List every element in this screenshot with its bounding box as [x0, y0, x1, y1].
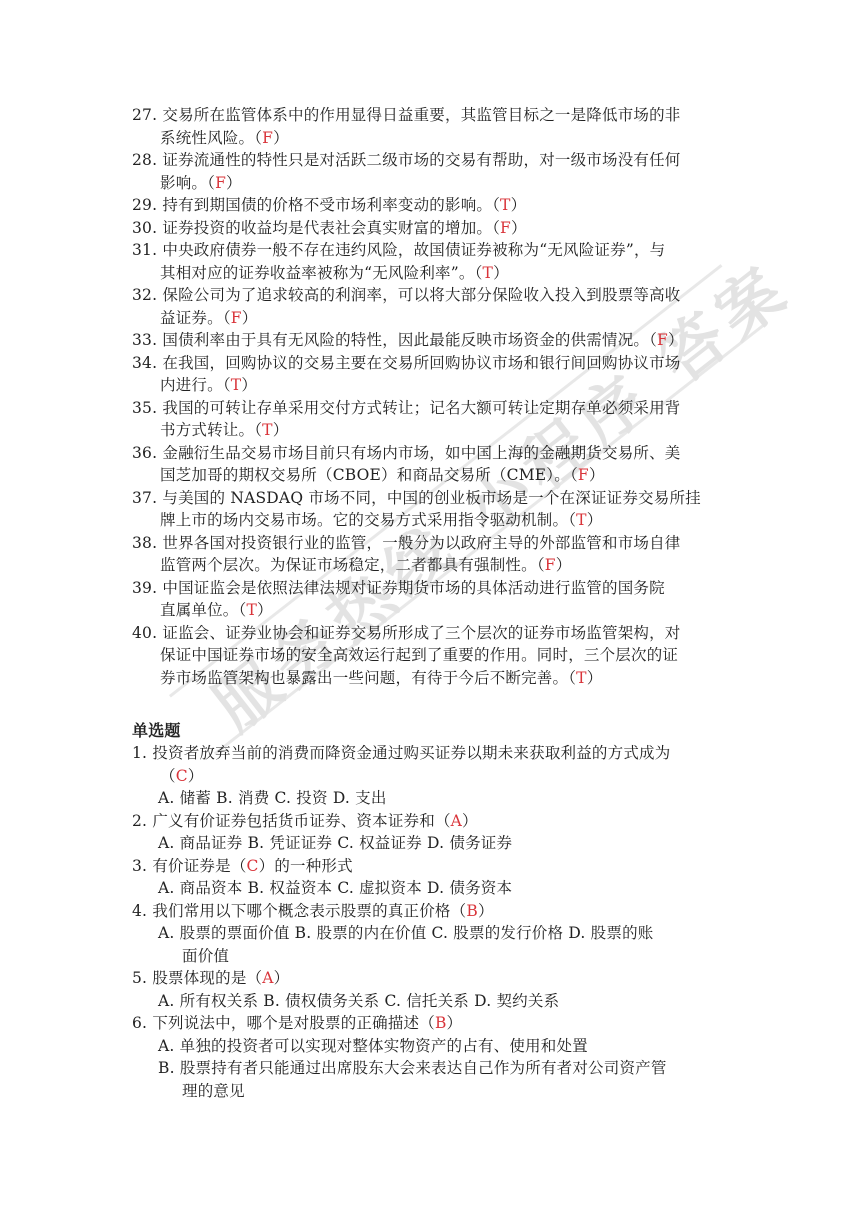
question-line: 38. 世界各国对投资银行业的监管，一般分为以政府主导的外部监管和市场自律	[132, 532, 742, 555]
question-text: 其相对应的证券收益率被称为“无风险利率”。	[160, 264, 475, 282]
answer: （C）	[160, 767, 203, 785]
answer-letter: T	[576, 669, 587, 687]
answer-letter: C	[176, 767, 188, 785]
question-text: 世界各国对投资银行业的监管，一般分为以政府主导的外部监管和市场自律	[162, 534, 680, 552]
answer-letter: T	[483, 264, 494, 282]
answer-letter: T	[246, 601, 257, 619]
answer-letter: A	[451, 812, 462, 830]
question-number: 1.	[132, 744, 152, 762]
question-text: 监管两个层次。为保证市场稳定，二者都具有强制性。	[160, 556, 537, 574]
option-line: 理的意见	[182, 1080, 792, 1103]
question-line: 系统性风险。（F）	[160, 127, 770, 150]
answer-letter: T	[262, 421, 273, 439]
answer-letter: T	[500, 196, 511, 214]
question-line: 39. 中国证监会是依照法律法规对证券期货市场的具体活动进行监管的国务院	[132, 577, 742, 600]
answer: （T）	[492, 196, 526, 214]
option-line: A. 商品资本 B. 权益资本 C. 虚拟资本 D. 债务资本	[158, 877, 768, 900]
answer: （C）	[231, 857, 274, 875]
answer-letter: F	[231, 309, 242, 327]
question-text: 中国证监会是依照法律法规对证券期货市场的具体活动进行监管的国务院	[162, 579, 664, 597]
question-text: 书方式转让。	[160, 421, 254, 439]
question-number: 39.	[132, 579, 162, 597]
question-line: 34. 在我国，回购协议的交易主要在交易所回购协议市场和银行间回购协议市场	[132, 352, 742, 375]
answer-letter: A	[262, 969, 273, 987]
question-number: 31.	[132, 241, 162, 259]
question-text: 证券投资的收益均是代表社会真实财富的增加。	[162, 219, 492, 237]
question-text: 与美国的 NASDAQ 市场不同，中国的创业板市场是一个在深证证券交易所挂	[162, 489, 700, 507]
section-title: 单选题	[132, 720, 742, 743]
option-line: B. 股票持有者只能通过出席股东大会来表达自己作为所有者对公司资产管	[158, 1057, 768, 1080]
answer: （T）	[475, 264, 509, 282]
question-text: 国芝加哥的期权交易所（CBOE）和商品交易所（CME）。	[160, 466, 570, 484]
question-text: 在我国，回购协议的交易主要在交易所回购协议市场和银行间回购协议市场	[162, 354, 680, 372]
question-line: 31. 中央政府债券一般不存在违约风险，故国债证券被称为“无风险证券”，与	[132, 239, 742, 262]
answer-letter: B	[435, 1014, 447, 1032]
question-text: 系统性风险。	[160, 129, 254, 147]
question-text: 的一种形式	[274, 857, 353, 875]
question-text: 持有到期国债的价格不受市场利率变动的影响。	[162, 196, 492, 214]
question-number: 37.	[132, 489, 162, 507]
answer-letter: T	[576, 511, 587, 529]
question-line: 3. 有价证券是（C）的一种形式	[132, 855, 742, 878]
question-text: 内进行。	[160, 376, 223, 394]
answer: （F）	[223, 309, 258, 327]
question-number: 2.	[132, 812, 152, 830]
question-number: 32.	[132, 286, 162, 304]
option-line: 面价值	[182, 945, 792, 968]
answer: （T）	[239, 601, 273, 619]
answer-letter: C	[247, 857, 259, 875]
question-line: 其相对应的证券收益率被称为“无风险利率”。（T）	[160, 262, 770, 285]
question-text: 保险公司为了追求较高的利润率，可以将大部分保险收入投入到股票等高收	[162, 286, 680, 304]
question-line: 28. 证券流通性的特性只是对活跃二级市场的交易有帮助，对一级市场没有任何	[132, 149, 742, 172]
question-text: 我国的可转让存单采用交付方式转让；记名大额可转让定期存单必须采用背	[162, 399, 680, 417]
question-text: 保证中国证券市场的安全高效运行起到了重要的作用。同时，三个层次的证	[160, 646, 678, 664]
answer: （T）	[568, 669, 602, 687]
question-text: 投资者放弃当前的消费而降资金通过购买证券以期未来获取利益的方式成为	[152, 744, 670, 762]
option-line: A. 商品证券 B. 凭证证券 C. 权益证券 D. 债务证券	[158, 832, 768, 855]
question-number: 3.	[132, 857, 152, 875]
answer: （F）	[570, 466, 605, 484]
question-text: 金融衍生品交易市场目前只有场内市场，如中国上海的金融期货交易所、美	[162, 444, 680, 462]
answer: （F）	[254, 129, 289, 147]
answer: （F）	[649, 331, 684, 349]
answer-letter: F	[500, 219, 511, 237]
answer: （A）	[435, 812, 478, 830]
question-text: 我们常用以下哪个概念表示股票的真正价格	[152, 902, 450, 920]
option-line: A. 储蓄 B. 消费 C. 投资 D. 支出	[158, 787, 768, 810]
question-text: 下列说法中，哪个是对股票的正确描述	[152, 1014, 419, 1032]
question-line: 4. 我们常用以下哪个概念表示股票的真正价格（B）	[132, 900, 742, 923]
question-line: 29. 持有到期国债的价格不受市场利率变动的影响。（T）	[132, 194, 742, 217]
answer: （B）	[419, 1014, 462, 1032]
question-number: 36.	[132, 444, 162, 462]
question-line: （C）	[160, 765, 770, 788]
option-text: A. 商品证券 B. 凭证证券 C. 权益证券 D. 债务证券	[158, 834, 512, 852]
option-line: A. 所有权关系 B. 债权债务关系 C. 信托关系 D. 契约关系	[158, 990, 768, 1013]
question-line: 监管两个层次。为保证市场稳定，二者都具有强制性。（F）	[160, 554, 770, 577]
answer: （A）	[247, 969, 290, 987]
question-line: 36. 金融衍生品交易市场目前只有场内市场，如中国上海的金融期货交易所、美	[132, 442, 742, 465]
question-line: 6. 下列说法中，哪个是对股票的正确描述（B）	[132, 1012, 742, 1035]
question-text: 直属单位。	[160, 601, 239, 619]
answer: （B）	[451, 902, 494, 920]
option-text: 理的意见	[182, 1082, 245, 1100]
answer-letter: F	[262, 129, 273, 147]
answer: （F）	[492, 219, 527, 237]
option-line: A. 股票的票面价值 B. 股票的内在价值 C. 股票的发行价格 D. 股票的账	[158, 922, 768, 945]
answer: （F）	[537, 556, 572, 574]
question-line: 5. 股票体现的是（A）	[132, 967, 742, 990]
question-number: 30.	[132, 219, 162, 237]
question-line: 33. 国债利率由于具有无风险的特性，因此最能反映市场资金的供需情况。（F）	[132, 329, 742, 352]
option-text: A. 所有权关系 B. 债权债务关系 C. 信托关系 D. 契约关系	[158, 992, 559, 1010]
question-number: 6.	[132, 1014, 152, 1032]
question-text: 影响。	[160, 174, 207, 192]
option-text: 面价值	[182, 947, 229, 965]
question-line: 直属单位。（T）	[160, 599, 770, 622]
question-line: 国芝加哥的期权交易所（CBOE）和商品交易所（CME）。（F）	[160, 464, 770, 487]
answer: （F）	[207, 174, 242, 192]
option-text: A. 股票的票面价值 B. 股票的内在价值 C. 股票的发行价格 D. 股票的账	[158, 924, 653, 942]
answer-letter: T	[231, 376, 242, 394]
question-number: 5.	[132, 969, 152, 987]
question-line: 1. 投资者放弃当前的消费而降资金通过购买证券以期未来获取利益的方式成为	[132, 742, 742, 765]
question-number: 27.	[132, 106, 162, 124]
question-text: 中央政府债券一般不存在违约风险，故国债证券被称为“无风险证券”，与	[162, 241, 665, 259]
question-line: 益证券。（F）	[160, 307, 770, 330]
question-number: 35.	[132, 399, 162, 417]
answer: （T）	[223, 376, 257, 394]
question-number: 4.	[132, 902, 152, 920]
option-line: A. 单独的投资者可以实现对整体实物资产的占有、使用和处置	[158, 1035, 768, 1058]
question-line: 40. 证监会、证券业协会和证券交易所形成了三个层次的证券市场监管架构，对	[132, 622, 742, 645]
question-line: 30. 证券投资的收益均是代表社会真实财富的增加。（F）	[132, 217, 742, 240]
question-text: 券市场监管架构也暴露出一些问题，有待于今后不断完善。	[160, 669, 568, 687]
option-text: A. 单独的投资者可以实现对整体实物资产的占有、使用和处置	[158, 1037, 588, 1055]
answer-letter: F	[215, 174, 226, 192]
question-text: 国债利率由于具有无风险的特性，因此最能反映市场资金的供需情况。	[162, 331, 649, 349]
answer-letter: F	[657, 331, 668, 349]
question-number: 34.	[132, 354, 162, 372]
question-text: 益证券。	[160, 309, 223, 327]
answer-letter: F	[578, 466, 589, 484]
question-number: 29.	[132, 196, 162, 214]
question-text: 牌上市的场内交易市场。它的交易方式采用指令驱动机制。	[160, 511, 568, 529]
question-line: 32. 保险公司为了追求较高的利润率，可以将大部分保险收入投入到股票等高收	[132, 284, 742, 307]
document-page: 服务热线 小程序 答案 27. 交易所在监管体系中的作用显得日益重要，其监管目标…	[0, 0, 868, 1228]
question-text: 股票体现的是	[152, 969, 246, 987]
question-line: 牌上市的场内交易市场。它的交易方式采用指令驱动机制。（T）	[160, 509, 770, 532]
question-text: 证监会、证券业协会和证券交易所形成了三个层次的证券市场监管架构，对	[162, 624, 680, 642]
question-text: 广义有价证券包括货币证券、资本证券和	[152, 812, 435, 830]
question-line: 内进行。（T）	[160, 374, 770, 397]
option-text: B. 股票持有者只能通过出席股东大会来表达自己作为所有者对公司资产管	[158, 1059, 667, 1077]
answer-letter: B	[466, 902, 478, 920]
question-number: 40.	[132, 624, 162, 642]
question-number: 28.	[132, 151, 162, 169]
question-line: 券市场监管架构也暴露出一些问题，有待于今后不断完善。（T）	[160, 667, 770, 690]
question-number: 38.	[132, 534, 162, 552]
question-text: 证券流通性的特性只是对活跃二级市场的交易有帮助，对一级市场没有任何	[162, 151, 680, 169]
answer: （T）	[254, 421, 288, 439]
option-text: A. 商品资本 B. 权益资本 C. 虚拟资本 D. 债务资本	[158, 879, 512, 897]
answer-letter: F	[545, 556, 556, 574]
question-line: 35. 我国的可转让存单采用交付方式转让；记名大额可转让定期存单必须采用背	[132, 397, 742, 420]
answer: （T）	[568, 511, 602, 529]
question-text: 交易所在监管体系中的作用显得日益重要，其监管目标之一是降低市场的非	[162, 106, 680, 124]
question-line: 书方式转让。（T）	[160, 419, 770, 442]
question-line: 2. 广义有价证券包括货币证券、资本证券和（A）	[132, 810, 742, 833]
question-number: 33.	[132, 331, 162, 349]
question-line: 影响。（F）	[160, 172, 770, 195]
question-line: 保证中国证券市场的安全高效运行起到了重要的作用。同时，三个层次的证	[160, 644, 770, 667]
option-text: A. 储蓄 B. 消费 C. 投资 D. 支出	[158, 789, 387, 807]
question-line: 37. 与美国的 NASDAQ 市场不同，中国的创业板市场是一个在深证证券交易所…	[132, 487, 742, 510]
question-line: 27. 交易所在监管体系中的作用显得日益重要，其监管目标之一是降低市场的非	[132, 104, 742, 127]
question-text: 有价证券是	[152, 857, 231, 875]
